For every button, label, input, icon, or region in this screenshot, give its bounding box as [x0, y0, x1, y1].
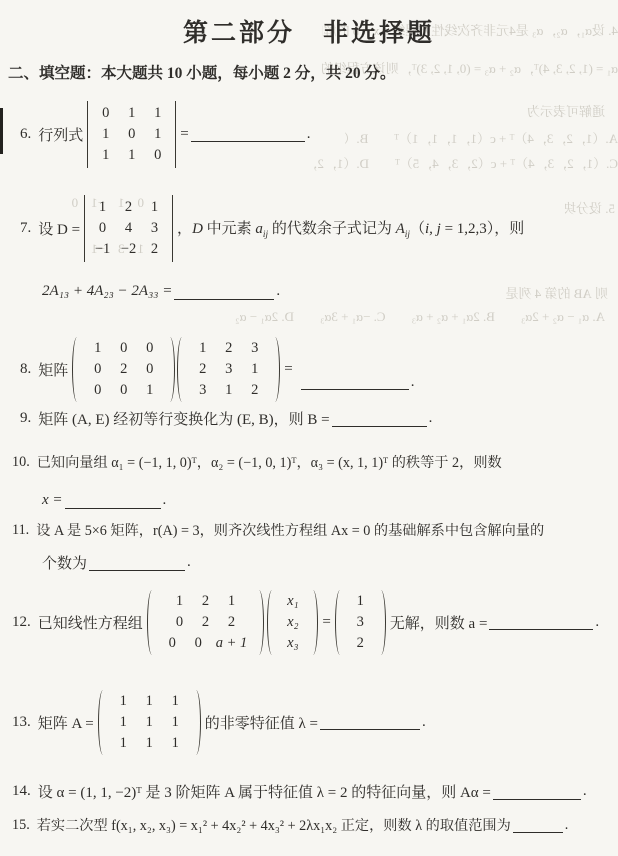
answer-blank-q14 [493, 784, 581, 800]
question-10: 10. 已知向量组 α₁ = (−1, 1, 0)ᵀ，α₂ = (−1, 0, … [12, 452, 502, 472]
question-6: 6. 行列式 011101110 = . [20, 98, 310, 170]
paren-right [254, 590, 264, 655]
question-number: 12. [12, 614, 31, 631]
coefficient-matrix: 12102200a + 1 [147, 590, 265, 655]
question-number: 8. [20, 361, 31, 378]
matrix-body: 111111111 [108, 690, 191, 755]
question-9: 9. 矩阵 (A, E) 经初等行变换化为 (E, B)，则 B = . [20, 408, 432, 429]
question-number: 6. [20, 126, 31, 143]
answer-blank-q6 [191, 126, 305, 142]
bleedthrough-line: A.（1，2，3，4）ᵀ + c（1，1，1，1）ᵀ B.（1，2，3，4）ᵀ … [345, 128, 618, 147]
question-8: 8. 矩阵 100020001 123231312 = . [20, 334, 414, 404]
bleedthrough-line: 则 AB 的第 4 列是 [468, 283, 608, 302]
matrix-body: 011101110 [87, 101, 176, 168]
question-11-line2: 个数为 . [42, 552, 191, 573]
paren-left [147, 590, 157, 655]
question-text: 设 α = (1, 1, −2)ᵀ 是 3 阶矩阵 A 属于特征值 λ = 2 … [38, 781, 491, 802]
paren-left [267, 590, 277, 655]
matrix-body: 100020001 [82, 337, 165, 402]
cofactor-expression: 2A₁₃ + 4A₂₃ − 2A₃₃ = [42, 283, 172, 300]
question-text: ，D 中元素 aij 的代数余子式记为 Aij（i, j = 1,2,3），则 [177, 217, 524, 240]
paren-left [72, 337, 82, 402]
question-number: 14. [12, 783, 31, 800]
question-text: 无解，则数 a = [390, 612, 488, 633]
period: . [163, 492, 167, 509]
bleedthrough-line: A. α₁ − α₂ + 2α₃ B. 2α₁ + α₂ + α₃ C. −α₁… [30, 306, 605, 325]
matrix-body: 12102200a + 1 [157, 590, 255, 655]
paren-right [308, 590, 318, 655]
question-text: 设 D = [38, 218, 80, 239]
paren-left [177, 337, 187, 402]
question-number: 11. [12, 522, 29, 539]
bleedthrough-line: C.（1，2，3，4）ᵀ + c（2，3，4，5）ᵀ D.（1，2，3，4）ᵀ … [310, 153, 618, 172]
period: . [187, 554, 191, 571]
unknown-vector: x₁x₂x₃ [267, 590, 318, 655]
determinant-3x3: 011101110 [87, 101, 176, 168]
question-number: 9. [20, 410, 31, 427]
question-13: 13. 矩阵 A = 111111111 的非零特征值 λ = . [12, 686, 426, 758]
period: . [565, 817, 569, 834]
question-text: 行列式 [38, 124, 83, 145]
constant-vector: 132 [335, 590, 386, 655]
equals-sign: = [180, 126, 188, 143]
answer-blank-q7 [174, 284, 274, 300]
period: . [411, 374, 415, 391]
question-text: 矩阵 A = [38, 712, 94, 733]
paren-left [335, 590, 345, 655]
determinant-3x3: 121043−1−22 [84, 195, 173, 262]
equals-sign: = [284, 361, 292, 378]
answer-blank-q9 [332, 411, 427, 427]
period: . [583, 783, 587, 800]
question-text: 若实二次型 f(x₁, x₂, x₃) = x₁² + 4x₂² + 4x₃² … [37, 815, 511, 835]
matrix-body: x₁x₂x₃ [277, 590, 308, 655]
question-text: 设 A 是 5×6 矩阵，r(A) = 3，则齐次线性方程组 Ax = 0 的基… [36, 520, 544, 540]
question-14: 14. 设 α = (1, 1, −2)ᵀ 是 3 阶矩阵 A 属于特征值 λ … [12, 781, 587, 802]
paren-right [376, 590, 386, 655]
question-text: 已知向量组 α₁ = (−1, 1, 0)ᵀ，α₂ = (−1, 0, 1)ᵀ，… [37, 452, 502, 472]
answer-blank-q15 [513, 817, 563, 833]
matrix-body: 121043−1−22 [84, 195, 173, 262]
matrix-3x3: 123231312 [177, 337, 280, 402]
question-number: 13. [12, 714, 31, 731]
question-7-line2: 2A₁₃ + 4A₂₃ − 2A₃₃ = . [42, 283, 280, 300]
question-text: 已知线性方程组 [38, 612, 143, 633]
question-7: 7. 设 D = 121043−1−22 ，D 中元素 aij 的代数余子式记为… [20, 192, 524, 264]
question-10-line2: x = . [42, 492, 166, 509]
variable-label: x = [42, 492, 63, 509]
period: . [307, 126, 311, 143]
period: . [276, 283, 280, 300]
period: . [429, 410, 433, 427]
matrix-3x3: 100020001 [72, 337, 175, 402]
period: . [595, 614, 599, 631]
answer-blank-q13 [320, 714, 420, 730]
scan-edge-artifact [0, 108, 3, 154]
question-text: 个数为 [42, 552, 87, 573]
answer-blank-q10 [65, 493, 161, 509]
matrix-body: 132 [345, 590, 376, 655]
question-text: 的非零特征值 λ = [205, 712, 318, 733]
page-title: 第二部分 非选择题 [0, 13, 618, 49]
question-text: 矩阵 [38, 359, 68, 380]
bleedthrough-line: 通解可表示为 [493, 101, 605, 120]
paren-left [98, 690, 108, 755]
answer-blank-q11 [89, 555, 185, 571]
paren-right [165, 337, 175, 402]
paren-right [270, 337, 280, 402]
equals-sign: = [322, 614, 330, 631]
question-number: 10. [12, 454, 30, 471]
paren-right [191, 690, 201, 755]
question-11: 11. 设 A 是 5×6 矩阵，r(A) = 3，则齐次线性方程组 Ax = … [12, 520, 544, 540]
question-15: 15. 若实二次型 f(x₁, x₂, x₃) = x₁² + 4x₂² + 4… [12, 815, 568, 835]
bleedthrough-line: 5. 设分块矩阵 [565, 198, 615, 217]
exam-scan-page: 4. 设α₁，α₂，α₃ 是4元非齐次线性方程组 Ax = b 的解向量，已知 … [0, 0, 618, 856]
question-12: 12. 已知线性方程组 12102200a + 1 x₁x₂x₃ = 132 无… [12, 586, 599, 658]
answer-blank-q8 [301, 374, 409, 390]
question-number: 7. [20, 220, 31, 237]
question-number: 15. [12, 817, 30, 834]
section-header: 二、填空题：本大题共 10 小题，每小题 2 分，共 20 分。 [8, 61, 396, 83]
ones-matrix: 111111111 [98, 690, 201, 755]
answer-blank-q12 [489, 614, 593, 630]
question-text: 矩阵 (A, E) 经初等行变换化为 (E, B)，则 B = [38, 408, 329, 429]
matrix-body: 123231312 [187, 337, 270, 402]
period: . [422, 714, 426, 731]
